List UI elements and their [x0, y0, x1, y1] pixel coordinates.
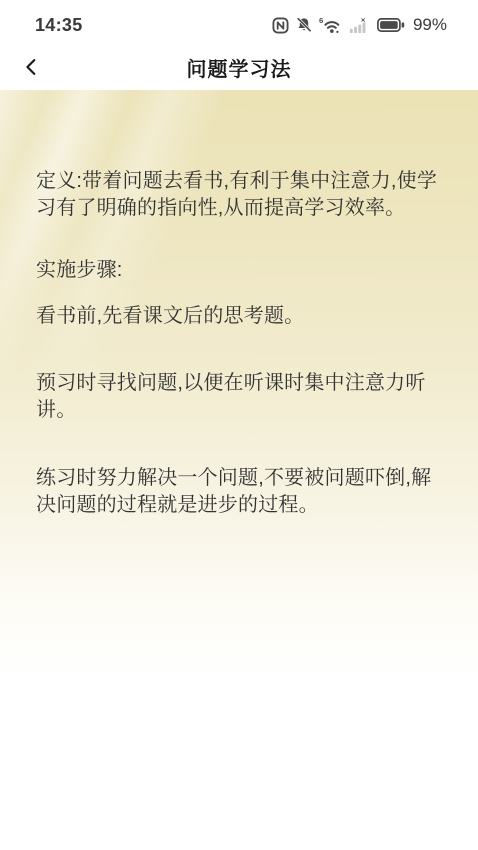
phone-screen: 14:35 6: [0, 0, 478, 850]
wifi-icon: 6: [319, 16, 343, 34]
paragraph-definition: 定义:带着问题去看书,有利于集中注意力,使学习有了明确的指向性,从而提高学习效率…: [36, 168, 446, 222]
background-sheen: [0, 90, 478, 410]
battery-percent: 99%: [413, 15, 447, 35]
paragraph-step-3: 练习时努力解决一个问题,不要被问题吓倒,解决问题的过程就是进步的过程。: [36, 465, 446, 519]
article-content: 定义:带着问题去看书,有利于集中注意力,使学习有了明确的指向性,从而提高学习效率…: [0, 90, 478, 850]
paragraph-steps-heading: 实施步骤:: [36, 257, 446, 284]
status-bar: 14:35 6: [0, 0, 478, 44]
back-button[interactable]: [14, 49, 50, 85]
bell-muted-icon: [295, 16, 313, 34]
status-time: 14:35: [35, 15, 83, 36]
paragraph-step-1: 看书前,先看课文后的思考题。: [36, 303, 446, 330]
svg-text:6: 6: [319, 16, 323, 25]
battery-icon: [377, 18, 405, 32]
chevron-left-icon: [21, 56, 43, 78]
header: 问题学习法: [0, 44, 478, 90]
nfc-icon: [272, 17, 289, 34]
status-icons: 6 × 99%: [272, 15, 447, 35]
paragraph-step-2: 预习时寻找问题,以便在听课时集中注意力听讲。: [36, 370, 446, 424]
cellular-no-signal-icon: ×: [349, 16, 371, 34]
page-title: 问题学习法: [187, 53, 292, 82]
